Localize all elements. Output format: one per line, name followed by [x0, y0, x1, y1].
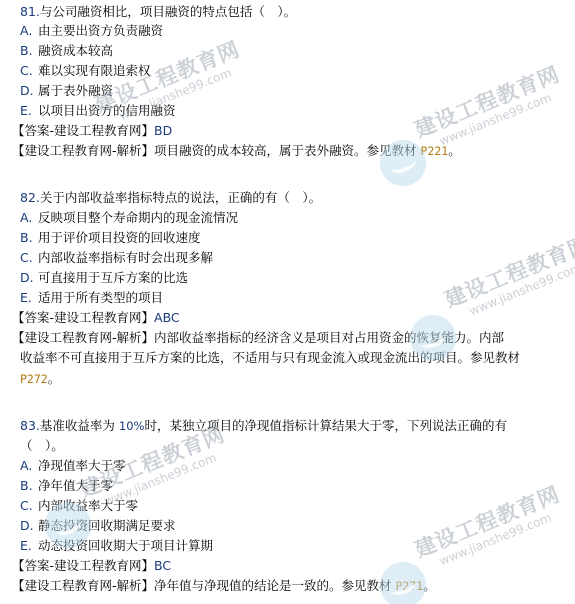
- option-d: D.属于表外融资: [20, 81, 113, 100]
- answer-value: ABC: [154, 310, 180, 325]
- option-d: D.静态投资回收期满足要求: [20, 516, 176, 535]
- answer-value: BD: [154, 123, 172, 138]
- option-e: E.适用于所有类型的项目: [20, 288, 163, 307]
- option-c: C.内部收益率大于零: [20, 496, 138, 515]
- option-b: B.融资成本较高: [20, 41, 113, 60]
- page-reference: P272: [20, 372, 48, 386]
- analysis-line: 【建设工程教育网-解析】净年值与净现值的结论是一致的。参见教材 P271。: [20, 576, 436, 595]
- analysis-line: 【建设工程教育网-解析】项目融资的成本较高，属于表外融资。参见教材 P221。: [20, 141, 461, 160]
- answer-line: 【答案-建设工程教育网】ABC: [20, 308, 180, 327]
- option-d: D.可直接用于互斥方案的比选: [20, 268, 188, 287]
- question-stem: 81.与公司融资相比，项目融资的特点包括（ ）。: [20, 2, 296, 21]
- analysis-line-3: P272。: [20, 369, 60, 388]
- option-c: C.难以实现有限追索权: [20, 61, 151, 80]
- page-reference: P271: [396, 579, 424, 593]
- answer-value: BC: [154, 558, 171, 573]
- answer-line: 【答案-建设工程教育网】BC: [20, 556, 171, 575]
- question-stem: 83.基准收益率为 10%时，某独立项目的净现值指标计算结果大于零，下列说法正确…: [20, 416, 507, 435]
- option-a: A.由主要出资方负责融资: [20, 21, 163, 40]
- option-e: E.动态投资回收期大于项目计算期: [20, 536, 213, 555]
- question-stem-line-2: （ ）。: [20, 436, 64, 455]
- option-a: A.反映项目整个寿命期内的现金流情况: [20, 208, 238, 227]
- answer-line: 【答案-建设工程教育网】BD: [20, 121, 172, 140]
- option-c: C.内部收益率指标有时会出现多解: [20, 248, 213, 267]
- option-b: B.净年值大于零: [20, 476, 113, 495]
- option-a: A.净现值率大于零: [20, 456, 126, 475]
- analysis-line: 【建设工程教育网-解析】内部收益率指标的经济含义是项目对占用资金的恢复能力。内部: [20, 328, 504, 347]
- page-reference: P221: [421, 144, 449, 158]
- option-e: E.以项目出资方的信用融资: [20, 101, 176, 120]
- question-stem: 82.关于内部收益率指标特点的说法，正确的有（ ）。: [20, 188, 321, 207]
- analysis-line-2: 收益率不可直接用于互斥方案的比选，不适用与只有现金流入或现金流出的项目。参见教材: [20, 348, 520, 367]
- option-b: B.用于评价项目投资的回收速度: [20, 228, 201, 247]
